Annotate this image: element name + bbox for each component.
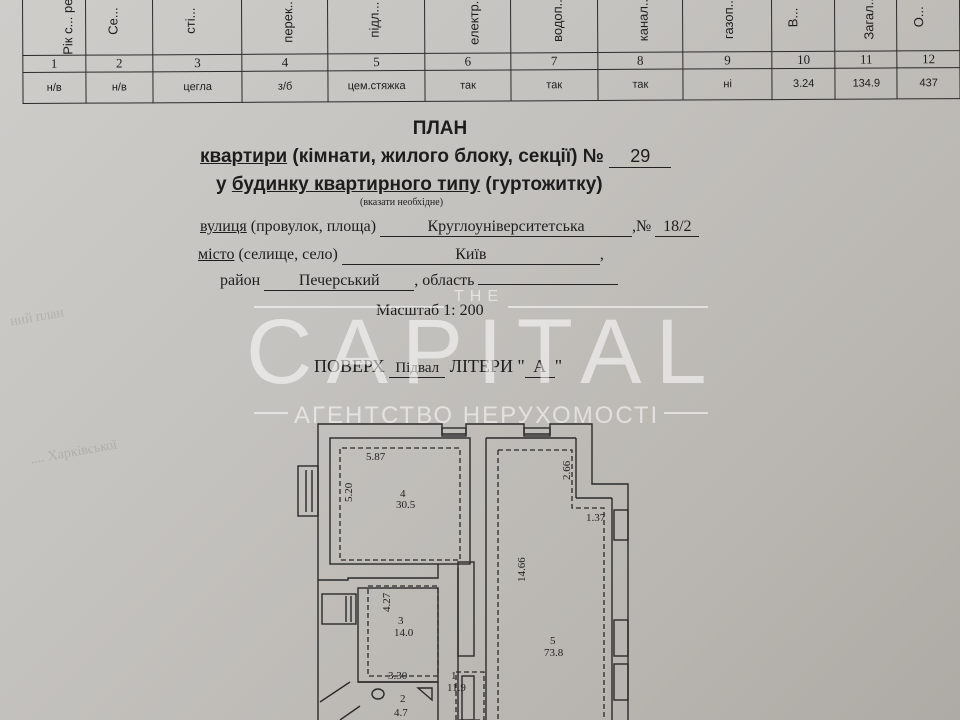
room2-area: 4.7 (394, 707, 408, 719)
room2-id: 2 (400, 693, 406, 705)
room3-id: 3 (398, 615, 404, 627)
floor-plan-drawing: 5.87 5.20 4 30.5 2.66 1.37 14.66 5 73.8 … (0, 0, 960, 720)
room5-dim-c: 14.66 (516, 557, 528, 582)
room5-dim-b: 1.37 (586, 512, 606, 524)
room5-dim-a: 2.66 (561, 460, 573, 480)
room5-id: 5 (550, 635, 556, 647)
room3-height: 4.27 (381, 592, 393, 612)
room1-area: 11.9 (447, 682, 466, 694)
watermark-line (254, 306, 444, 308)
room3-area: 14.0 (394, 627, 414, 639)
watermark-line (508, 306, 708, 308)
document-page: ний план .... Харківської Рік с... ре...… (0, 0, 960, 720)
room3-width: 3.30 (388, 670, 408, 682)
room4-area: 30.5 (396, 499, 416, 511)
room4-height: 5.20 (343, 482, 355, 502)
room1-id: 1 (451, 670, 457, 682)
watermark-line (254, 412, 288, 414)
room5-area: 73.8 (544, 647, 564, 659)
watermark-line (664, 412, 708, 414)
room4-width: 5.87 (366, 451, 386, 463)
